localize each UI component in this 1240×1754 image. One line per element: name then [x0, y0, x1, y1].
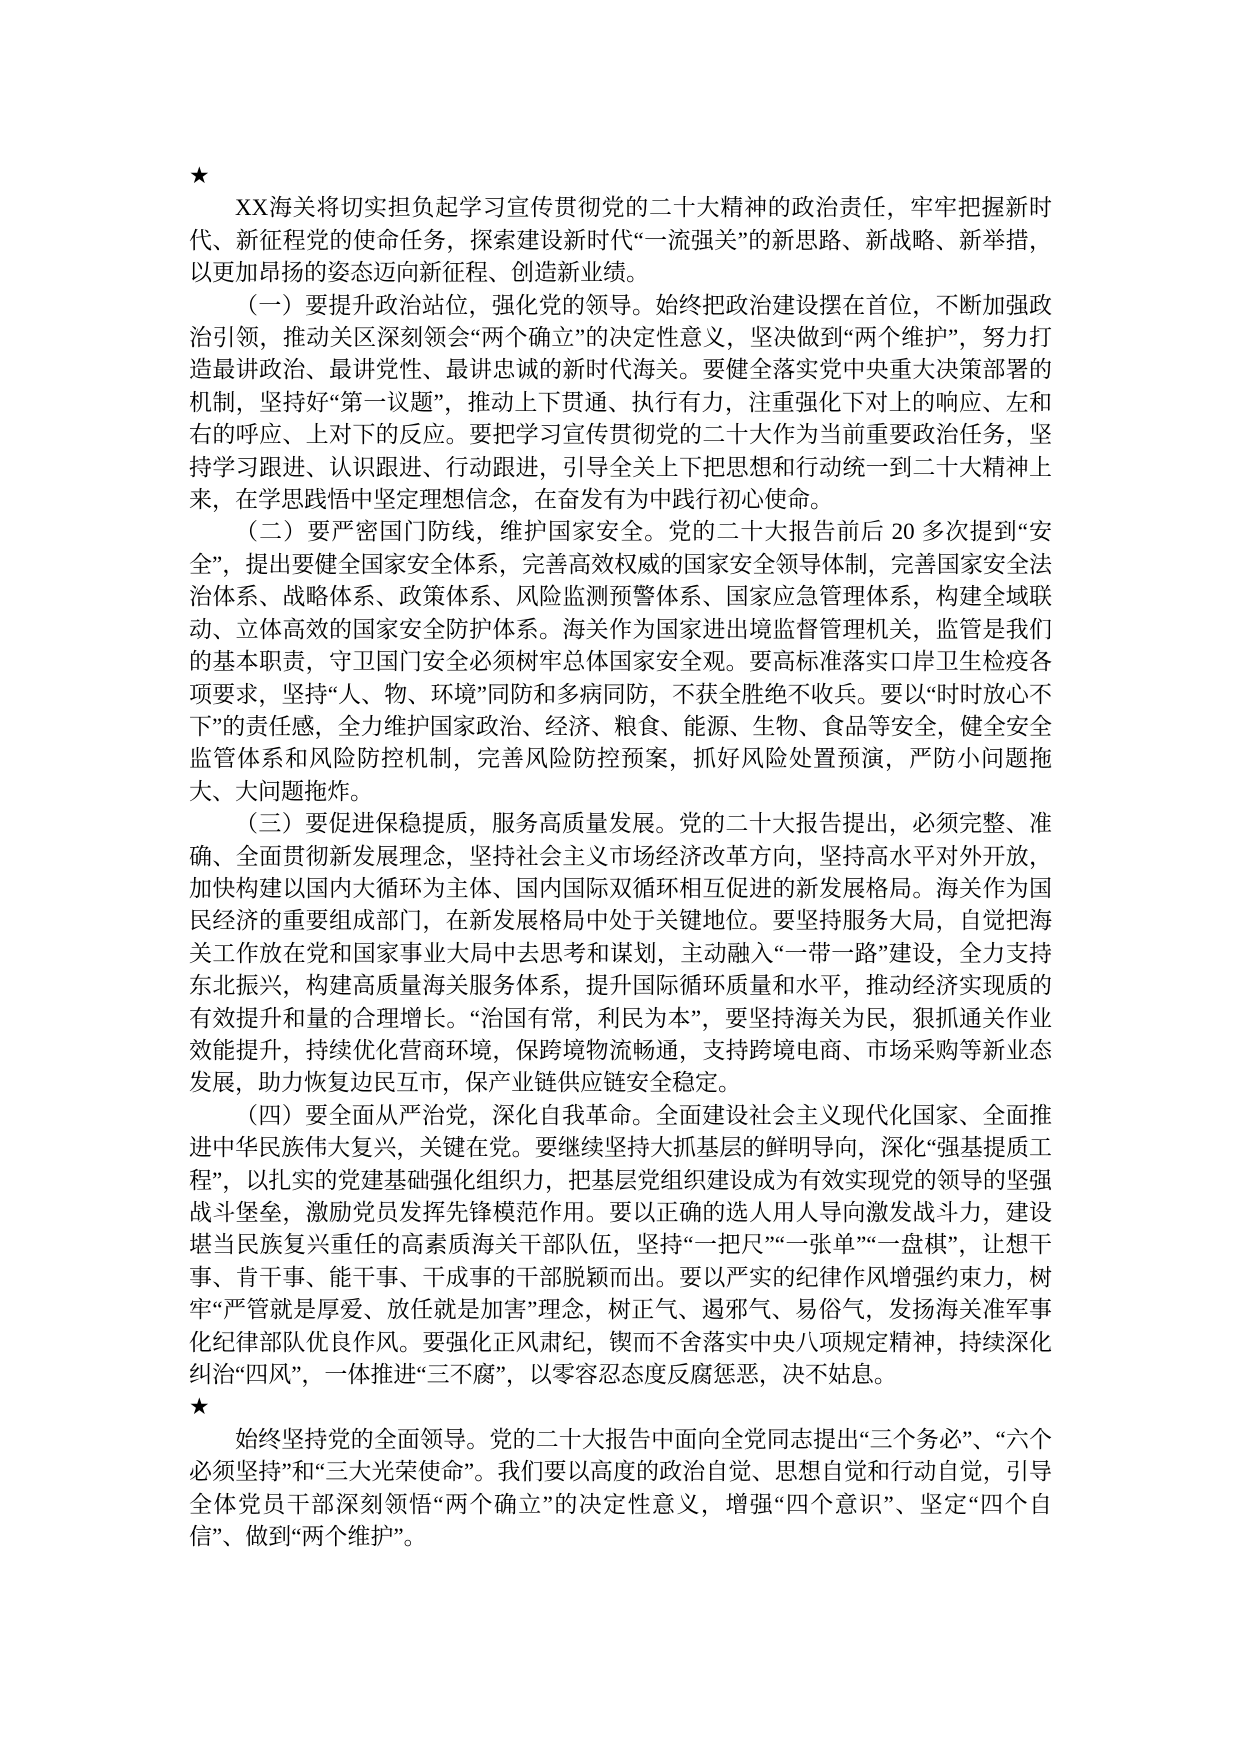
section-star-marker: ★	[189, 1391, 1052, 1423]
section-star-marker: ★	[189, 160, 1052, 192]
body-paragraph: 始终坚持党的全面领导。党的二十大报告中面向全党同志提出“三个务必”、“六个必须坚…	[189, 1424, 1052, 1554]
body-paragraph: （二）要严密国门防线，维护国家安全。党的二十大报告前后 20 多次提到“安全”，…	[189, 516, 1052, 808]
document-body: ★XX海关将切实担负起学习宣传贯彻党的二十大精神的政治责任，牢牢把握新时代、新征…	[189, 160, 1052, 1553]
body-paragraph: （四）要全面从严治党，深化自我革命。全面建设社会主义现代化国家、全面推进中华民族…	[189, 1100, 1052, 1392]
body-paragraph: XX海关将切实担负起学习宣传贯彻党的二十大精神的政治责任，牢牢把握新时代、新征程…	[189, 192, 1052, 289]
body-paragraph: （三）要促进保稳提质，服务高质量发展。党的二十大报告提出，必须完整、准确、全面贯…	[189, 808, 1052, 1100]
document-page: ★XX海关将切实担负起学习宣传贯彻党的二十大精神的政治责任，牢牢把握新时代、新征…	[0, 0, 1240, 1754]
body-paragraph: （一）要提升政治站位，强化党的领导。始终把政治建设摆在首位，不断加强政治引领，推…	[189, 290, 1052, 517]
